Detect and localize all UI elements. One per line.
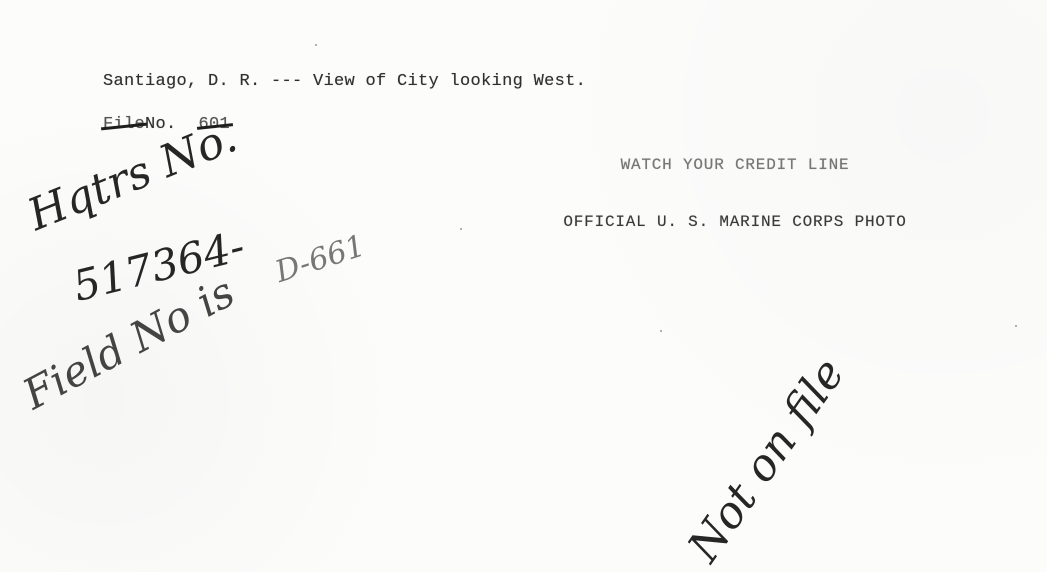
credit-line-warning: WATCH YOUR CREDIT LINE [495,156,975,175]
photo-caption: Santiago, D. R. --- View of City looking… [103,72,586,91]
file-label-no: No. [145,115,177,134]
paper-speck [315,44,317,46]
credit-block: WATCH YOUR CREDIT LINE OFFICIAL U. S. MA… [495,118,975,251]
paper-speck [460,228,462,230]
credit-line-official: OFFICIAL U. S. MARINE CORPS PHOTO [495,213,975,232]
paper-speck [660,330,662,332]
file-label-struck: File [103,115,145,134]
paper-speck [1015,325,1017,327]
